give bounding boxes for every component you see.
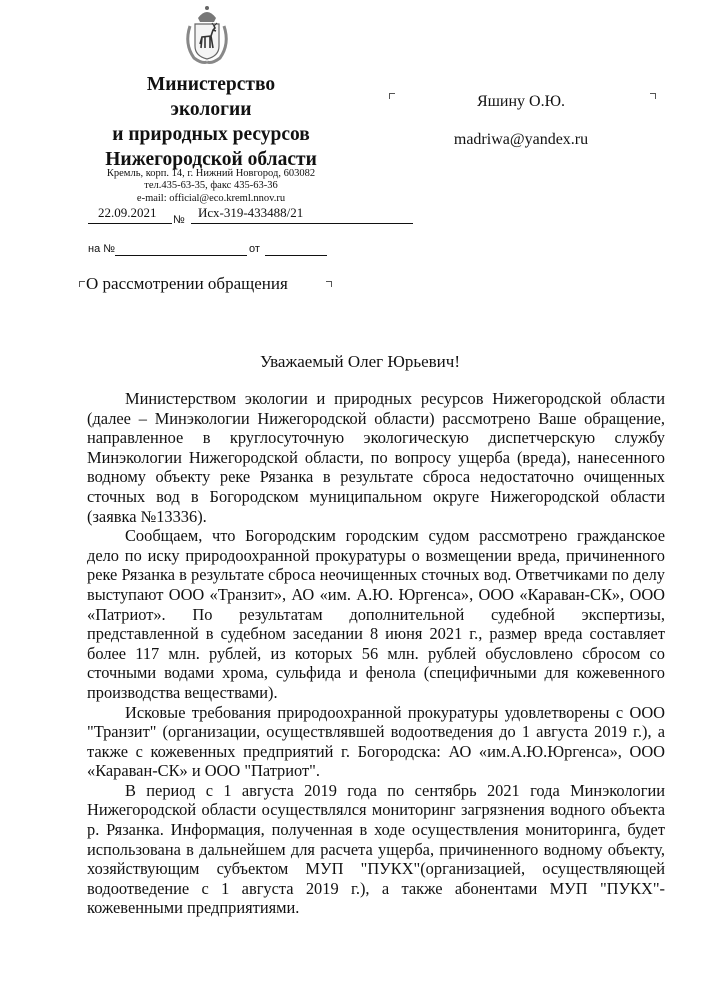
address: Кремль, корп. 14, г. Нижний Новгород, 60… (66, 168, 356, 180)
registration-line: 22.09.2021 № Исх-319-433488/21 (88, 205, 328, 233)
org-name-line: Министерство (66, 72, 356, 97)
body-paragraph: Сообщаем, что Богородским городским судо… (87, 526, 665, 702)
recipient-block: Яшину О.Ю. madriwa@yandex.ru (386, 92, 656, 150)
organization-contacts: Кремль, корп. 14, г. Нижний Новгород, 60… (66, 168, 356, 205)
reference-line: на № от (88, 243, 328, 263)
organization-name: Министерство экологии и природных ресурс… (66, 72, 356, 172)
ref-date-label: от (249, 243, 260, 255)
recipient-email: madriwa@yandex.ru (386, 130, 656, 150)
outgoing-number: Исх-319-433488/21 (198, 205, 303, 221)
ref-number-blank (115, 255, 247, 256)
number-label: № (173, 214, 185, 226)
number-underline (191, 223, 413, 224)
subject-corner-right (326, 281, 332, 287)
date-underline (88, 223, 172, 224)
coat-of-arms-icon (176, 4, 238, 66)
recipient-name: Яшину О.Ю. (386, 92, 656, 112)
ref-number-label: на № (88, 243, 115, 255)
letter-body: Министерством экологии и природных ресур… (87, 389, 665, 918)
org-email: e-mail: official@eco.kreml.nnov.ru (66, 193, 356, 205)
outgoing-date: 22.09.2021 (98, 205, 157, 221)
subject-corner-left (79, 281, 85, 287)
letter-subject: О рассмотрении обращения (86, 274, 288, 294)
body-paragraph: Министерством экологии и природных ресур… (87, 389, 665, 526)
greeting: Уважаемый Олег Юрьевич! (60, 352, 660, 372)
org-name-line: и природных ресурсов (66, 122, 356, 147)
body-paragraph: В период с 1 августа 2019 года по сентяб… (87, 781, 665, 918)
org-name-line: экологии (66, 97, 356, 122)
phone-fax: тел.435-63-35, факс 435-63-36 (66, 180, 356, 192)
body-paragraph: Исковые требования природоохранной проку… (87, 703, 665, 781)
ref-date-blank (265, 255, 327, 256)
